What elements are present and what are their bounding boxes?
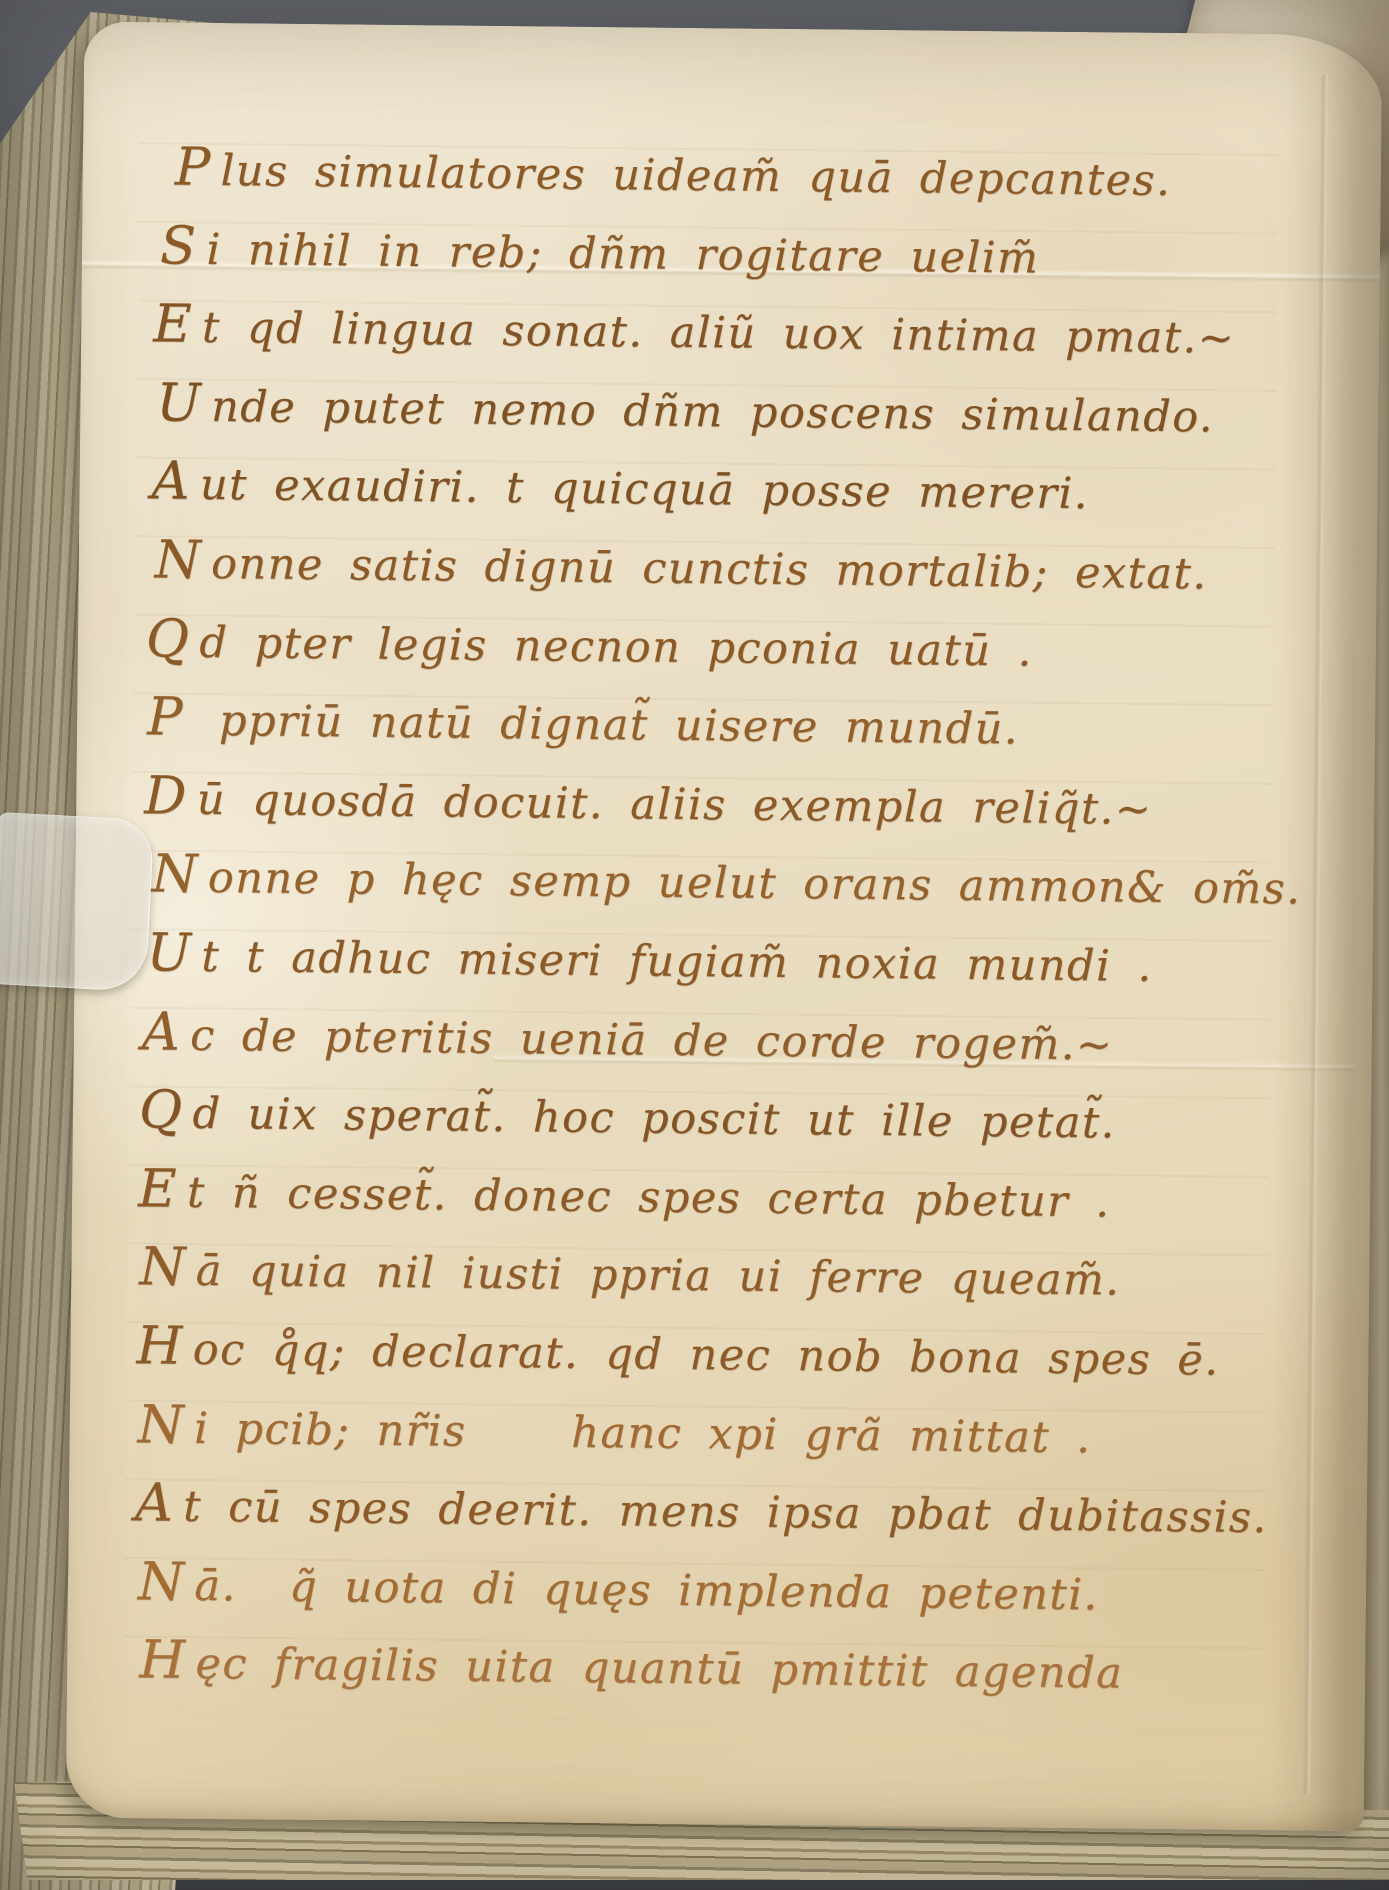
text-line: Nā. q̃ uota di quęs implenda petenti. <box>138 1543 1305 1634</box>
text-line: Et ñ cesset̃. donec spes certa pbetur . <box>138 1150 1309 1241</box>
plastic-tab <box>0 812 154 992</box>
text-line: Ut t adhuc miseri fugiam̃ noxia mundi . <box>146 914 1311 1005</box>
text-line: Nonne satis dignū cunctis mortalib; exta… <box>154 521 1315 612</box>
text-line: Nonne p hęc semp uelut orans ammon& om̃s… <box>151 836 1312 927</box>
text-line: P ppriū natū dignat̃ uisere mundū. <box>147 678 1314 769</box>
text-line: Unde putet nemo dñm poscens simulando. <box>156 364 1317 455</box>
text-line: Hęc fragilis uita quantū pmittit agenda <box>139 1622 1304 1713</box>
text-line: Ni pcib; nr̃is hanc xpi grã mittat . <box>137 1386 1306 1477</box>
text-line: Dū quosdā docuit. aliis exempla reliq̃t.… <box>144 757 1313 848</box>
text-line: Hoc q̊q; declarat. qd nec nob bona spes … <box>136 1307 1307 1398</box>
text-line: Si nihil in reb; dñm rogitare uelim̃ <box>160 207 1319 298</box>
manuscript-page: Plus simulatores uideam̃ quā depcantes. … <box>66 22 1383 1831</box>
text-line: Plus simulatores uideam̃ quā depcantes. <box>174 129 1319 220</box>
text-block: Plus simulatores uideam̃ quā depcantes. … <box>133 128 1319 1712</box>
text-line: Qd pter legis necnon pconia uatū . <box>146 600 1315 691</box>
text-line: Nā quia nil iusti ppria ui ferre queam̃. <box>139 1229 1308 1320</box>
text-line: Aut exaudiri. t quicquā posse mereri. <box>151 443 1316 534</box>
text-line: Ac de pteritis ueniā de corde rogem̃.~ <box>141 993 1310 1084</box>
manuscript-photo: Plus simulatores uideam̃ quā depcantes. … <box>0 0 1389 1890</box>
text-line: Et qd lingua sonat. aliũ uox intima pmat… <box>153 286 1318 377</box>
text-line: At cū spes deerit. mens ipsa pbat dubita… <box>134 1464 1305 1555</box>
text-line: Qd uix sperat̃. hoc poscit ut ille petat… <box>139 1071 1310 1162</box>
